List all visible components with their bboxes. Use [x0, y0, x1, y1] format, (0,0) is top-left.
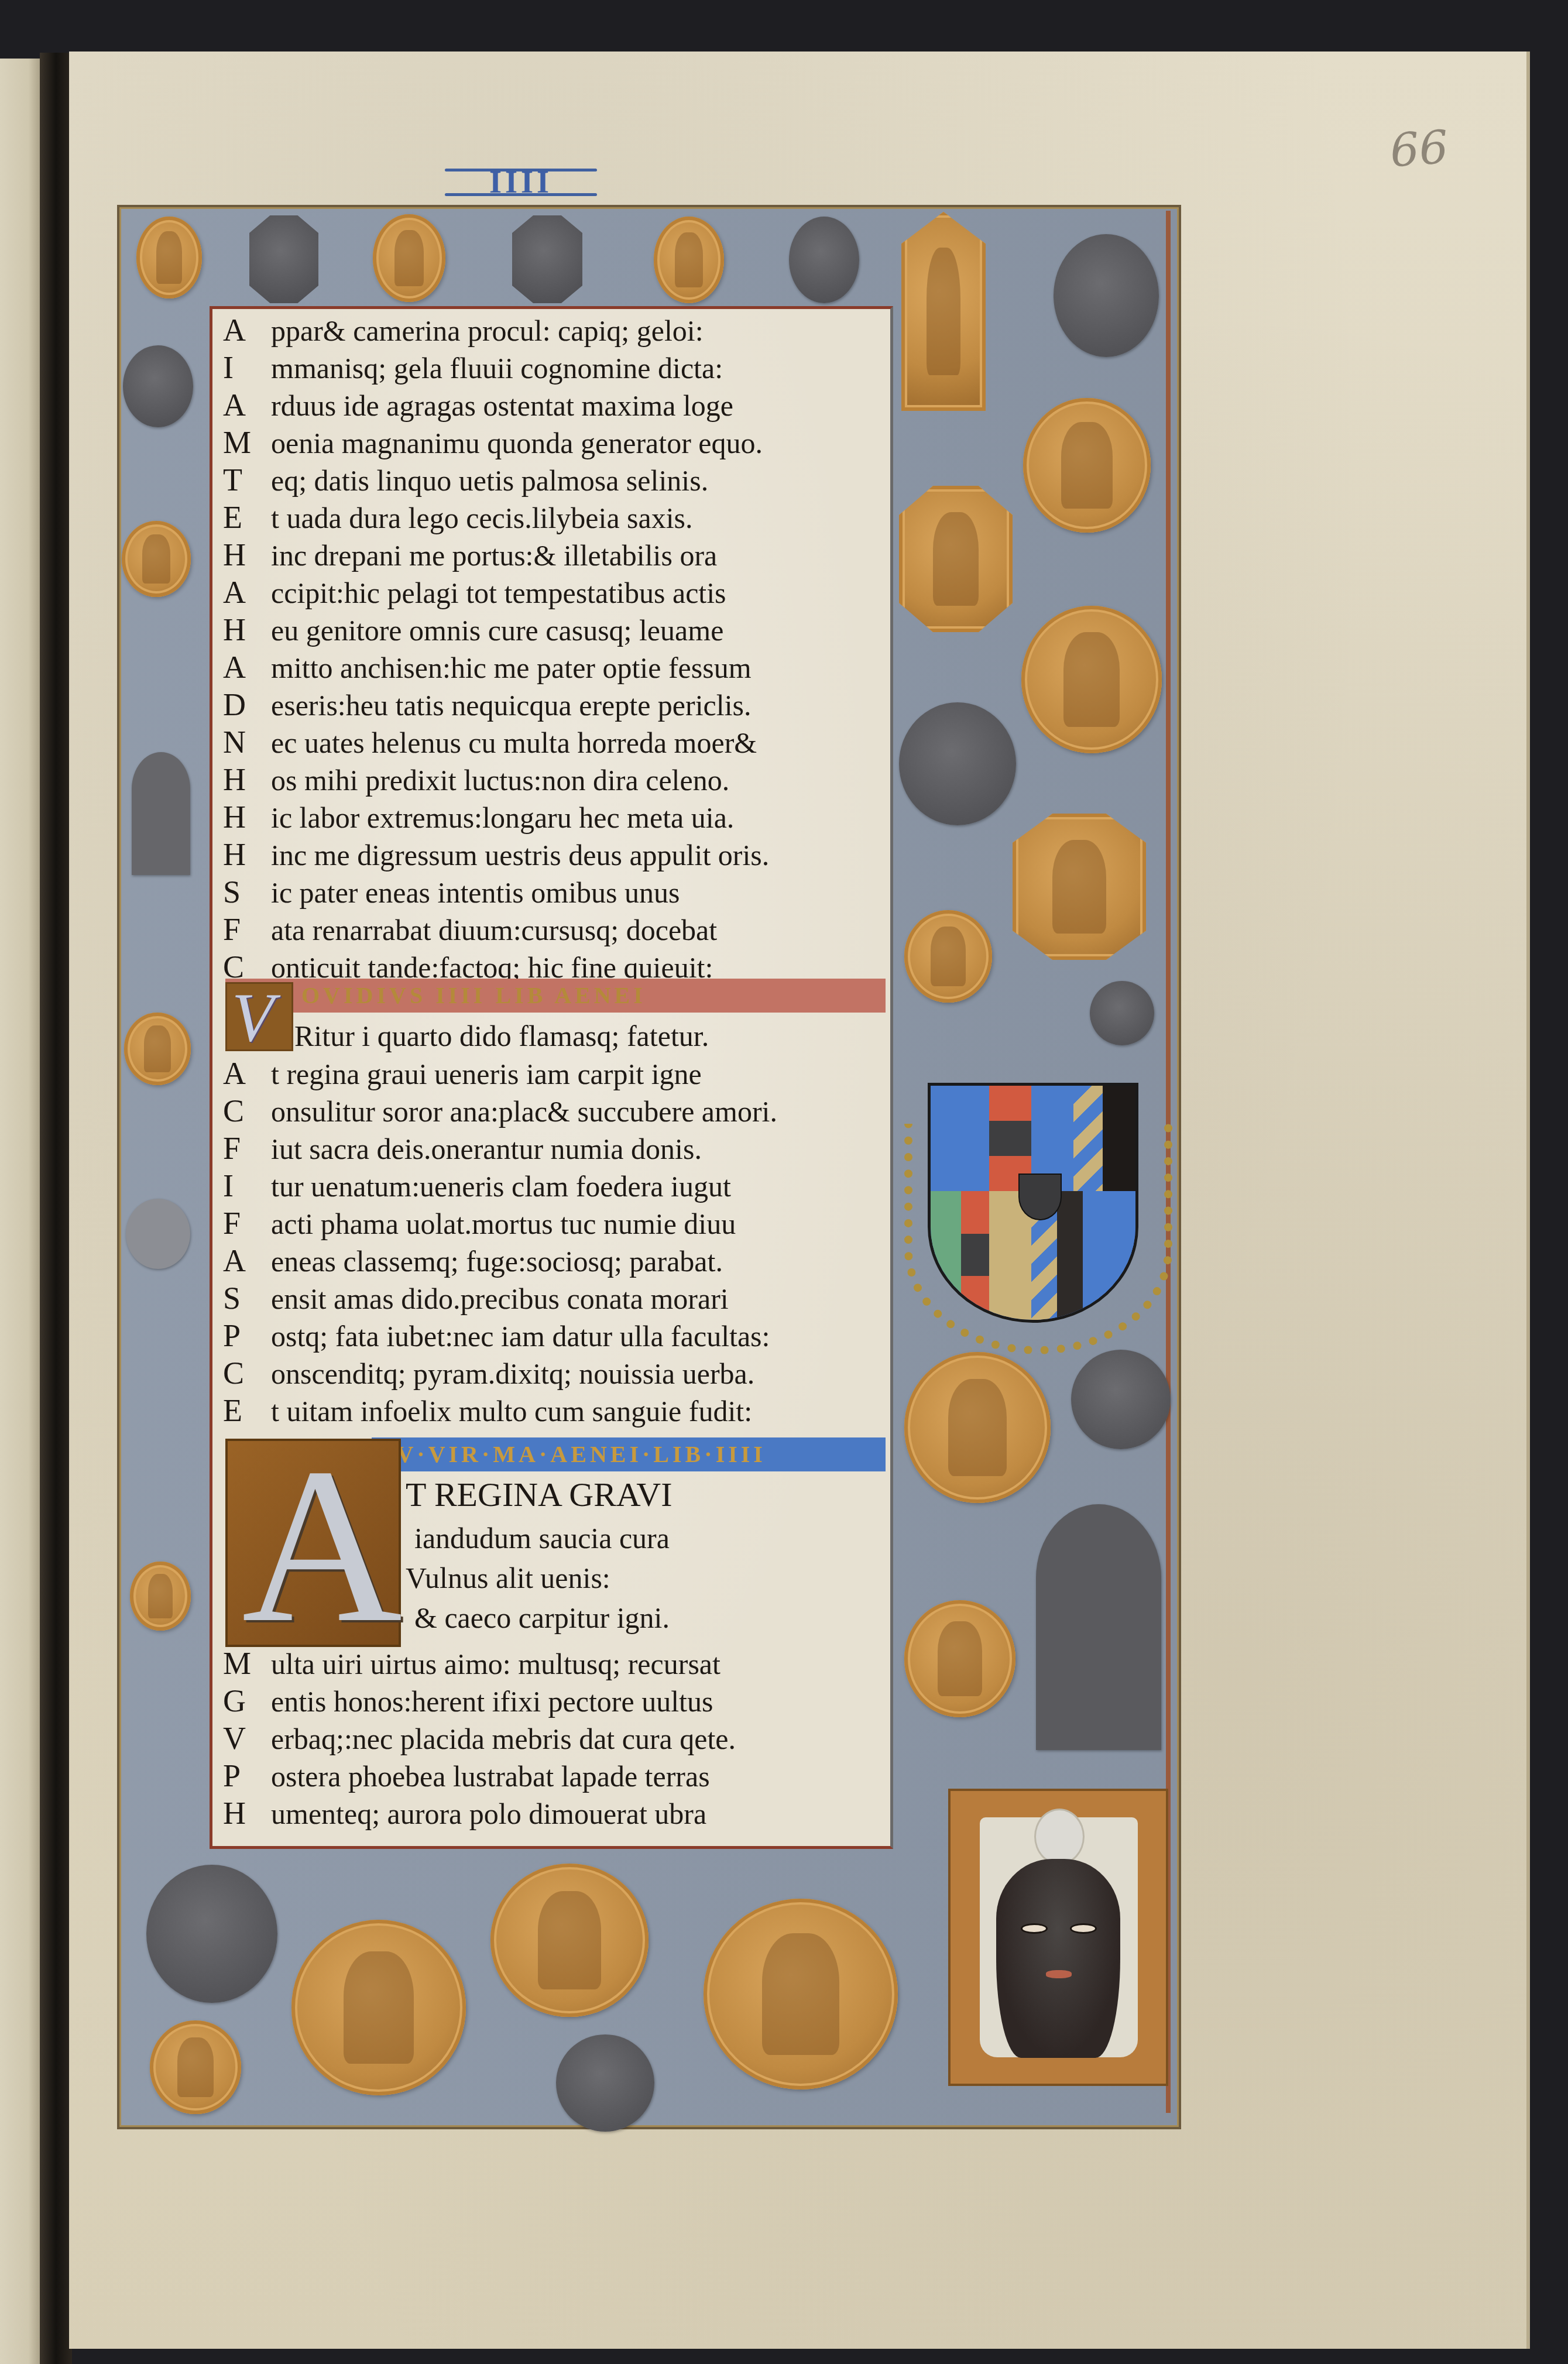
- verse-line: Postq; fata iubet:nec iam datur ulla fac…: [223, 1317, 770, 1354]
- seal-medallion-annunciation: [704, 1899, 898, 2089]
- quarter-bendy: [1073, 1086, 1103, 1191]
- blank-roundel: [1054, 234, 1159, 357]
- verse-line: Gentis honos:herent ifixi pectore uultus: [223, 1682, 713, 1720]
- seal-medallion: [654, 217, 724, 303]
- seal-figure: [156, 231, 183, 284]
- book-gutter: [40, 53, 72, 2364]
- blank-roundel: [556, 2034, 654, 2132]
- opening-line-capitals: T REGINA GRAVI: [406, 1476, 672, 1514]
- seal-medallion-arched: [901, 212, 986, 411]
- line-initial: T: [223, 461, 271, 499]
- line-initial: H: [223, 1795, 271, 1832]
- line-initial: M: [223, 424, 271, 461]
- verse-line: Moenia magnanimu quonda generator equo.: [223, 424, 763, 461]
- line-initial: F: [223, 1205, 271, 1242]
- silver-roundel: [126, 1199, 190, 1269]
- line-initial: S: [223, 1279, 271, 1317]
- line-initial: C: [223, 1092, 271, 1130]
- seal-medallion: [904, 1352, 1051, 1503]
- line-text: acti phama uolat.mortus tuc numie diuu: [271, 1205, 736, 1243]
- line-initial: N: [223, 723, 271, 761]
- seal-medallion: [490, 1864, 649, 2017]
- verse-line: Amitto anchisen:hic me pater optie fessu…: [223, 649, 752, 686]
- opening-line: iandudum saucia cura: [414, 1519, 670, 1557]
- verse-line: Itur uenatum:ueneris clam foedera iugut: [223, 1167, 731, 1205]
- verse-line: Ritur i quarto dido flamasq; fatetur.: [294, 1017, 709, 1055]
- verse-line: Aeneas classemq; fuge:sociosq; parabat.: [223, 1242, 723, 1279]
- verse-line: Fata renarrabat diuum:cursusq; docebat: [223, 911, 717, 948]
- quarter-red: [989, 1086, 1031, 1121]
- numeral-bottom-bar: [445, 193, 597, 196]
- verse-line: Appar& camerina procul: capiq; geloi:: [223, 311, 704, 349]
- seal-medallion: [1021, 606, 1162, 753]
- line-text: t uada dura lego cecis.lilybeia saxis.: [271, 499, 693, 537]
- line-initial: A: [223, 311, 271, 349]
- line-initial: P: [223, 1317, 271, 1354]
- line-initial: D: [223, 686, 271, 723]
- verse-line: Humenteq; aurora polo dimouerat ubra: [223, 1795, 706, 1832]
- verse-line: Facti phama uolat.mortus tuc numie diuu: [223, 1205, 736, 1242]
- line-initial: I: [223, 349, 271, 386]
- verse-line: Et uada dura lego cecis.lilybeia saxis.: [223, 499, 693, 536]
- seal-figure: [394, 230, 424, 286]
- line-text: eu genitore omnis cure casusq; leuame: [271, 612, 723, 649]
- seal-medallion: [136, 217, 202, 298]
- verse-line: At regina graui ueneris iam carpit igne: [223, 1055, 702, 1092]
- seal-medallion: [291, 1920, 466, 2095]
- line-initial: A: [223, 386, 271, 424]
- seal-figure: [948, 1379, 1007, 1476]
- line-text: ppar& camerina procul: capiq; geloi:: [271, 312, 704, 349]
- quarter-dark: [1057, 1191, 1083, 1320]
- line-text: onscenditq; pyram.dixitq; nouissia uerba…: [271, 1355, 754, 1392]
- seal-medallion: [122, 521, 191, 597]
- rubric-heading-red: OVIDIVS IIII LIB AENEI: [225, 979, 886, 1013]
- illuminated-initial-v: V: [225, 982, 293, 1051]
- line-text: ata renarrabat diuum:cursusq; docebat: [271, 911, 717, 949]
- verse-line: Consulitur soror ana:plac& succubere amo…: [223, 1092, 777, 1130]
- blank-arched-seal: [132, 752, 190, 875]
- line-text: ec uates helenus cu multa horreda moer&: [271, 724, 757, 761]
- line-initial: H: [223, 798, 271, 836]
- line-text: tur uenatum:ueneris clam foedera iugut: [271, 1168, 731, 1205]
- line-initial: I: [223, 1167, 271, 1205]
- seal-figure: [1061, 422, 1112, 508]
- verse-line: Arduus ide agragas ostentat maxima loge: [223, 386, 733, 424]
- seal-figure: [1063, 632, 1120, 726]
- illuminated-initial-a: A: [225, 1439, 401, 1647]
- seal-medallion-octagonal: [899, 486, 1013, 632]
- line-initial: A: [223, 574, 271, 611]
- verse-line: Hinc me digressum uestris deus appulit o…: [223, 836, 769, 873]
- opening-line: & caeco carpitur igni.: [414, 1599, 670, 1636]
- line-text: onsulitur soror ana:plac& succubere amor…: [271, 1093, 777, 1130]
- line-initial: V: [223, 1720, 271, 1757]
- seal-figure: [938, 1621, 982, 1696]
- seal-medallion: [373, 214, 445, 302]
- line-text: ostq; fata iubet:nec iam datur ulla facu…: [271, 1317, 770, 1355]
- verse-line: Accipit:hic pelagi tot tempestatibus act…: [223, 574, 726, 611]
- seal-figure: [675, 232, 703, 288]
- seal-medallion-crucifix: [150, 2020, 241, 2114]
- line-text: ulta uiri uirtus aimo: multusq; recursat: [271, 1645, 720, 1683]
- seal-medallion: [904, 910, 992, 1003]
- verse-line: Nec uates helenus cu multa horreda moer&: [223, 723, 757, 761]
- seal-figure: [538, 1891, 601, 1989]
- line-initial: M: [223, 1645, 271, 1682]
- line-initial: H: [223, 611, 271, 649]
- line-text: t regina graui ueneris iam carpit igne: [271, 1055, 702, 1093]
- blank-roundel: [899, 702, 1016, 825]
- facing-page-edge: [0, 59, 41, 2364]
- verse-line: Sensit amas dido.precibus conata morari: [223, 1279, 729, 1317]
- blank-arched-seal: [1036, 1504, 1161, 1750]
- line-initial: H: [223, 536, 271, 574]
- seal-figure: [144, 1025, 171, 1072]
- seal-figure: [344, 1951, 413, 2064]
- opening-line: Vulnus alit uenis:: [406, 1559, 610, 1597]
- line-text: eq; datis linquo uetis palmosa selinis.: [271, 462, 708, 499]
- coat-of-arms: [928, 1083, 1133, 1317]
- line-initial: S: [223, 873, 271, 911]
- line-text: ic labor extremus:longaru hec meta uia.: [271, 799, 734, 836]
- line-text: mmanisq; gela fluuii cognomine dicta:: [271, 349, 723, 387]
- verse-line: Hic labor extremus:longaru hec meta uia.: [223, 798, 734, 836]
- line-text: ccipit:hic pelagi tot tempestatibus acti…: [271, 574, 726, 612]
- line-text: umenteq; aurora polo dimouerat ubra: [271, 1795, 706, 1833]
- seal-figure: [762, 1933, 840, 2056]
- blank-roundel: [123, 345, 193, 427]
- line-initial: E: [223, 499, 271, 536]
- seal-figure: [148, 1574, 173, 1618]
- verse-line: Sic pater eneas intentis omibus unus: [223, 873, 680, 911]
- verse-line: Multa uiri uirtus aimo: multusq; recursa…: [223, 1645, 720, 1682]
- eye-icon: [1021, 1923, 1048, 1934]
- line-text: inc drepani me portus:& illetabilis ora: [271, 537, 717, 574]
- line-initial: H: [223, 761, 271, 798]
- line-text: Ritur i quarto dido flamasq; fatetur.: [294, 1017, 709, 1055]
- line-initial: P: [223, 1757, 271, 1795]
- quarter-lion-black: [1103, 1086, 1135, 1191]
- verse-line: Immanisq; gela fluuii cognomine dicta:: [223, 349, 723, 386]
- line-text: iut sacra deis.onerantur numia donis.: [271, 1130, 702, 1168]
- seal-medallion: [1023, 398, 1151, 533]
- folio-number: 66: [1388, 121, 1450, 178]
- quarter-black: [989, 1121, 1031, 1156]
- eye-icon: [1070, 1923, 1097, 1934]
- line-text: eseris:heu tatis nequicqua erepte pericl…: [271, 687, 752, 724]
- line-initial: F: [223, 1130, 271, 1167]
- blank-roundel: [512, 215, 582, 303]
- rubric-heading-blue: PV·VIR·MA·AENEI·LIB·IIII: [372, 1437, 886, 1471]
- quarter-checky: [961, 1191, 989, 1320]
- line-initial: F: [223, 911, 271, 948]
- line-text: ensit amas dido.precibus conata morari: [271, 1280, 729, 1317]
- line-text: entis honos:herent ifixi pectore uultus: [271, 1683, 713, 1720]
- line-initial: C: [223, 1354, 271, 1392]
- blank-roundel: [249, 215, 318, 303]
- verse-line: Heu genitore omnis cure casusq; leuame: [223, 611, 723, 649]
- line-text: oenia magnanimu quonda generator equo.: [271, 424, 763, 462]
- initial-letter: A: [242, 1418, 402, 1673]
- quarter-fleur-de-lis: [931, 1086, 989, 1191]
- seal-figure: [931, 927, 966, 986]
- line-text: mitto anchisen:hic me pater optie fessum: [271, 649, 752, 687]
- line-initial: A: [223, 1242, 271, 1279]
- seal-figure: [142, 534, 170, 583]
- line-text: eneas classemq; fuge:sociosq; parabat.: [271, 1243, 723, 1280]
- line-initial: A: [223, 649, 271, 686]
- verse-line: Hinc drepani me portus:& illetabilis ora: [223, 536, 717, 574]
- quarter-fleur-de-lis: [1083, 1191, 1135, 1320]
- line-text: ostera phoebea lustrabat lapade terras: [271, 1758, 710, 1795]
- blank-roundel: [1090, 981, 1154, 1045]
- verse-line: Deseris:heu tatis nequicqua erepte peric…: [223, 686, 752, 723]
- verse-line: Postera phoebea lustrabat lapade terras: [223, 1757, 710, 1795]
- mouth: [1046, 1970, 1072, 1978]
- verse-line: Fiut sacra deis.onerantur numia donis.: [223, 1130, 702, 1167]
- seal-medallion: [124, 1013, 191, 1085]
- seal-medallion: [130, 1562, 191, 1631]
- seal-medallion-octagonal: [1013, 814, 1146, 960]
- verse-line: Hos mihi predixit luctus:non dira celeno…: [223, 761, 729, 798]
- printed-text-block: Appar& camerina procul: capiq; geloi: Im…: [210, 306, 893, 1849]
- verse-line: Teq; datis linquo uetis palmosa selinis.: [223, 461, 708, 499]
- chapter-numeral: IIII: [445, 169, 597, 195]
- line-text: os mihi predixit luctus:non dira celeno.: [271, 761, 729, 799]
- seal-figure: [177, 2037, 214, 2097]
- veronica-veil-panel: [948, 1789, 1168, 2086]
- line-initial: G: [223, 1682, 271, 1720]
- initial-letter: V: [232, 978, 274, 1058]
- verse-line: Verbaq;:nec placida mebris dat cura qete…: [223, 1720, 736, 1757]
- line-text: rduus ide agragas ostentat maxima loge: [271, 387, 733, 424]
- seal-figure: [927, 248, 960, 375]
- seal-medallion: [904, 1600, 1015, 1717]
- seal-figure: [933, 512, 979, 606]
- line-initial: H: [223, 836, 271, 873]
- line-text: inc me digressum uestris deus appulit or…: [271, 836, 769, 874]
- line-text: erbaq;:nec placida mebris dat cura qete.: [271, 1720, 736, 1758]
- inescutcheon: [1018, 1174, 1062, 1220]
- blank-roundel: [789, 217, 859, 303]
- line-initial: A: [223, 1055, 271, 1092]
- blank-roundel: [1071, 1350, 1171, 1449]
- seal-figure: [1052, 840, 1106, 934]
- holy-face: [996, 1859, 1120, 2058]
- verse-line: Conscenditq; pyram.dixitq; nouissia uerb…: [223, 1354, 754, 1392]
- line-text: ic pater eneas intentis omibus unus: [271, 874, 680, 911]
- quarter-lion-green: [931, 1191, 961, 1320]
- angel-head: [1034, 1809, 1085, 1865]
- blank-roundel: [146, 1865, 277, 2003]
- heraldic-shield: [928, 1083, 1138, 1323]
